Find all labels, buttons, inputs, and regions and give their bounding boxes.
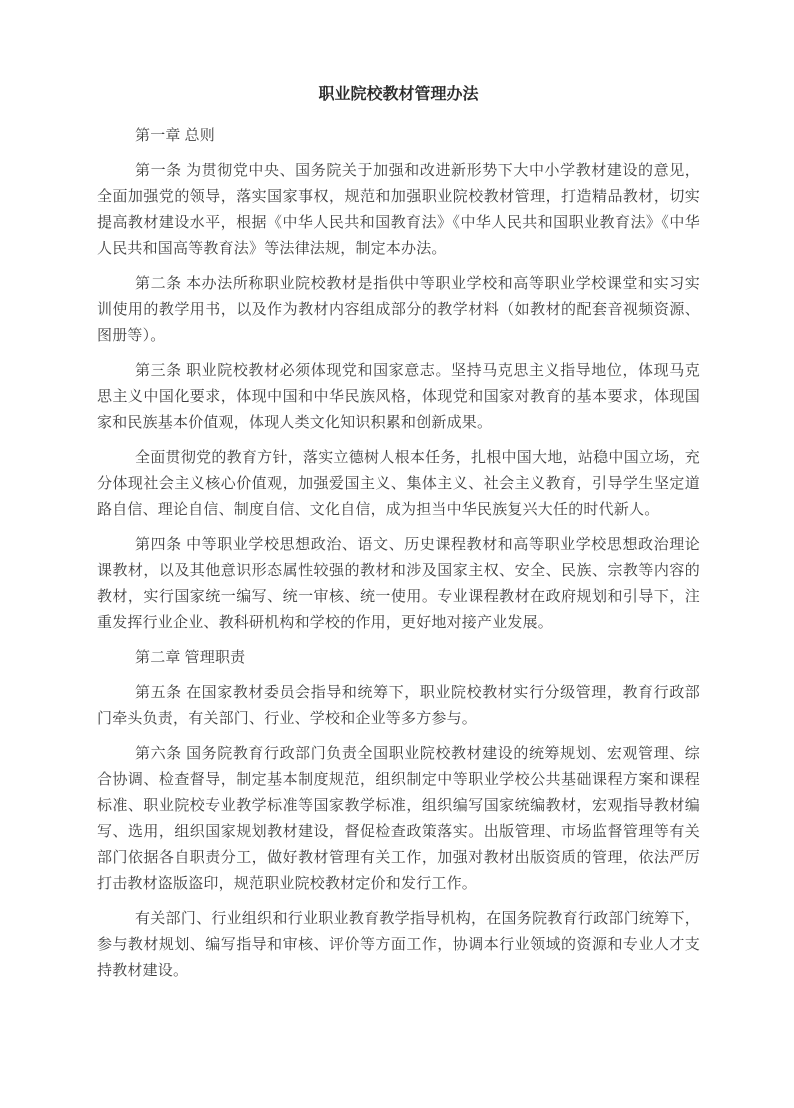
document-page: 职业院校教材管理办法 第一章 总则 第一条 为贯彻党中央、国务院关于加强和改进新… <box>0 0 794 1108</box>
body-paragraph-article-3: 第三条 职业院校教材必须体现党和国家意志。坚持马克思主义指导地位，体现马克思主义… <box>97 358 700 436</box>
document-title: 职业院校教材管理办法 <box>97 85 700 105</box>
body-paragraph-article-6-continued: 有关部门、行业组织和行业职业教育教学指导机构，在国务院教育行政部门统筹下，参与教… <box>97 906 700 984</box>
body-paragraph-article-1: 第一条 为贯彻党中央、国务院关于加强和改进新形势下大中小学教材建设的意见，全面加… <box>97 158 700 262</box>
body-paragraph-article-5: 第五条 在国家教材委员会指导和统筹下，职业院校教材实行分级管理，教育行政部门牵头… <box>97 680 700 732</box>
chapter-heading-1: 第一章 总则 <box>97 123 700 149</box>
body-paragraph-article-4: 第四条 中等职业学校思想政治、语文、历史课程教材和高等职业学校思想政治理论课教材… <box>97 532 700 636</box>
chapter-heading-2: 第二章 管理职责 <box>97 645 700 671</box>
body-paragraph-article-2: 第二条 本办法所称职业院校教材是指供中等职业学校和高等职业学校课堂和实习实训使用… <box>97 271 700 349</box>
body-paragraph-article-6: 第六条 国务院教育行政部门负责全国职业院校教材建设的统筹规划、宏观管理、综合协调… <box>97 741 700 897</box>
body-paragraph-article-3-continued: 全面贯彻党的教育方针，落实立德树人根本任务，扎根中国大地，站稳中国立场，充分体现… <box>97 445 700 523</box>
